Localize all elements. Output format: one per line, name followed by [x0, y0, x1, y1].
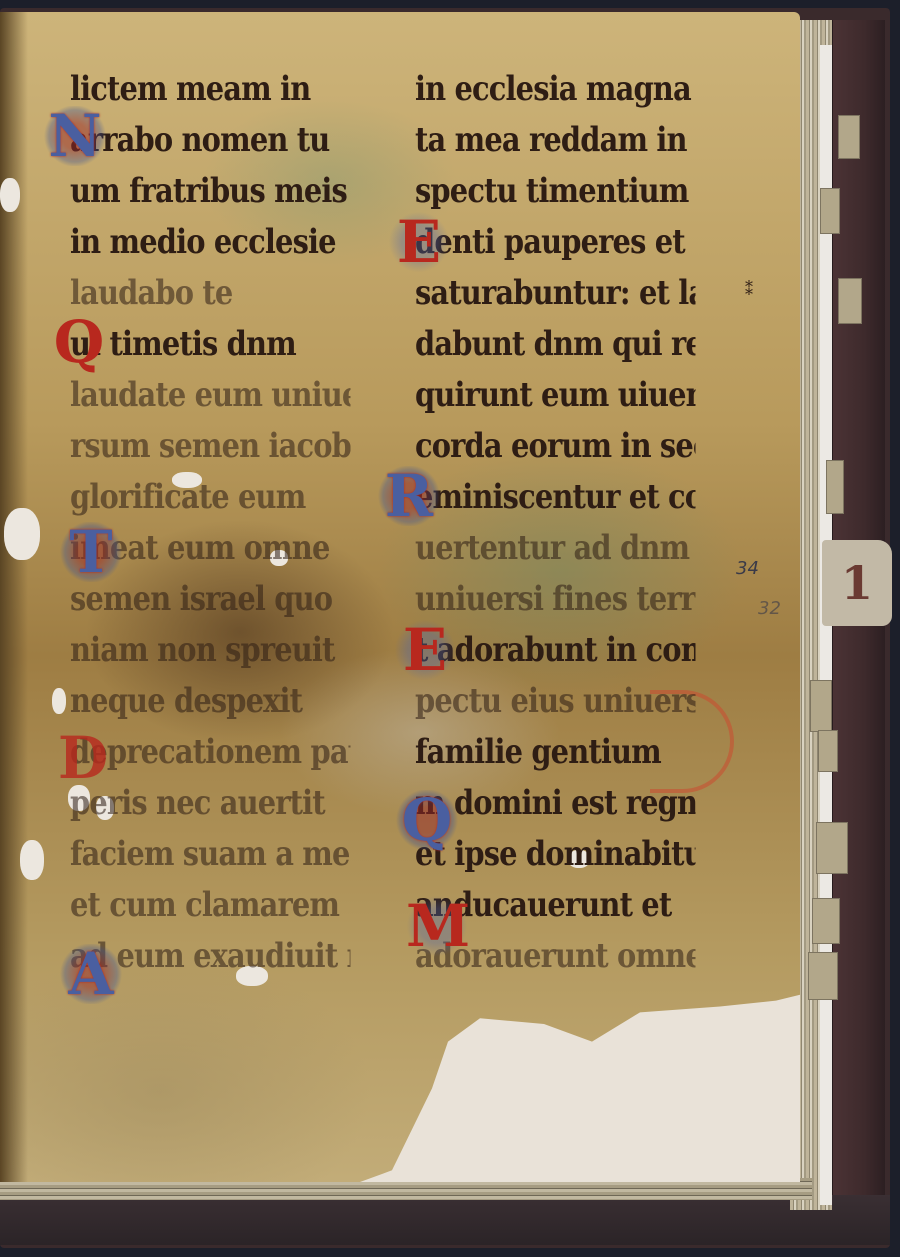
text-line: laudate eum uniue: [70, 370, 351, 421]
text-line: arrabo nomen tu: [70, 115, 351, 166]
text-line: in medio ecclesie: [70, 217, 351, 268]
fore-edge-tab[interactable]: [838, 115, 860, 159]
text-line: laudabo te: [70, 268, 351, 319]
text-line: eminiscentur et con: [415, 472, 696, 523]
text-line: corda eorum in secl.: [415, 421, 696, 472]
text-line: et cum clamarem: [70, 880, 351, 931]
text-line: ta mea reddam in co: [415, 115, 696, 166]
text-line: uniuersi fines terre.: [415, 574, 696, 625]
text-line: rsum semen iacob: [70, 421, 351, 472]
text-line: dabunt dnm qui re: [415, 319, 696, 370]
decorated-initial: R: [378, 466, 440, 526]
fore-edge-tab[interactable]: [820, 188, 840, 234]
text-line: niam non spreuit: [70, 625, 351, 676]
text-line: saturabuntur: et lau: [415, 268, 696, 319]
parchment-hole: [0, 178, 20, 212]
binding-board-bottom: [0, 1195, 890, 1245]
rubric-initial: E: [394, 620, 456, 680]
text-line: um fratribus meis: [70, 166, 351, 217]
text-line: lictem meam in: [70, 64, 351, 115]
text-line: spectu timentium eu.: [415, 166, 696, 217]
decorated-initial: T: [60, 522, 122, 582]
fore-edge-tab[interactable]: [826, 460, 844, 514]
text-line: denti pauperes et: [415, 217, 696, 268]
folio-number-note: 32: [758, 598, 781, 619]
fore-edge-tab[interactable]: [810, 680, 832, 732]
text-line: uertentur ad dnm: [415, 523, 696, 574]
decorated-initial: N: [44, 106, 106, 166]
text-line: ui timetis dnm: [70, 319, 351, 370]
rubric-initial: M: [406, 896, 468, 956]
rubric-initial: E: [388, 212, 450, 272]
fore-edge-tab[interactable]: [812, 898, 840, 944]
decorated-initial: A: [60, 944, 122, 1004]
rubric-initial: Q: [48, 312, 110, 372]
parchment-hole: [4, 508, 40, 560]
fore-edge-tab[interactable]: [838, 278, 862, 324]
text-line: familie gentium: [415, 727, 696, 778]
text-line: t adorabunt in cons: [415, 625, 696, 676]
fore-edge-tab[interactable]: [808, 952, 838, 1000]
text-line: pectu eius uniuerse: [415, 676, 696, 727]
text-line: in ecclesia magna uo: [415, 64, 696, 115]
rubric-initial: D: [52, 728, 114, 788]
text-line: quirunt eum uiuent: [415, 370, 696, 421]
parchment-hole: [52, 688, 66, 714]
marginal-marker: ⁑: [745, 280, 753, 299]
text-line: neque despexit: [70, 676, 351, 727]
fore-edge-tab[interactable]: [818, 730, 838, 772]
text-column-right: in ecclesia magna uo ta mea reddam in co…: [415, 64, 745, 982]
fore-edge-tab[interactable]: [816, 822, 848, 874]
text-line: faciem suam a me: [70, 829, 351, 880]
decorated-initial: Q: [396, 790, 458, 850]
numbered-tab[interactable]: 1: [822, 540, 892, 626]
parchment-hole: [20, 840, 44, 880]
folio-number-note: 34: [736, 558, 759, 579]
text-line: glorificate eum: [70, 472, 351, 523]
